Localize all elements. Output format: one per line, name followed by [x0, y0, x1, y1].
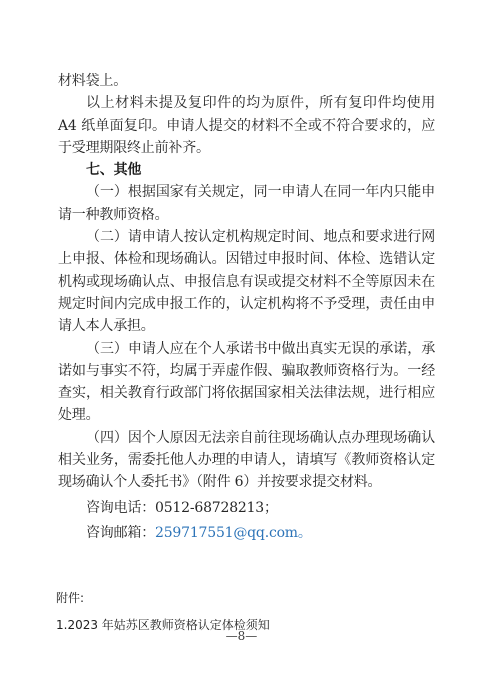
document-body: 材料袋上。 以上材料未提及复印件的均为原件，所有复印件均使用 A4 纸单面复印。…: [58, 70, 435, 633]
contact-phone-line: 咨询电话：0512-68728213；: [58, 497, 435, 519]
contact-email-line: 咨询邮箱：259717551@qq.com。: [58, 522, 435, 544]
paragraph-item-1: （一）根据国家有关规定，同一申请人在同一年内只能申请一种教师资格。: [58, 181, 435, 226]
section-heading-others: 七、其他: [58, 159, 435, 181]
paragraph-item-4: （四）因个人原因无法亲自前往现场确认点办理现场确认相关业务，需委托他人办理的申请…: [58, 427, 435, 494]
attachments-heading: 附件:: [56, 590, 435, 606]
contact-email-label: 咨询邮箱：: [86, 525, 155, 541]
paragraph-item-3: （三）申请人应在个人承诺书中做出真实无误的承诺，承诺如与事实不符，均属于弄虚作假…: [58, 338, 435, 427]
contact-phone-value: 0512-68728213；: [155, 500, 278, 516]
paragraph-copies-note: 以上材料未提及复印件的均为原件，所有复印件均使用 A4 纸单面复印。申请人提交的…: [58, 92, 435, 159]
document-page: 材料袋上。 以上材料未提及复印件的均为原件，所有复印件均使用 A4 纸单面复印。…: [0, 0, 491, 694]
attachments-section: 附件: 1.2023 年姑苏区教师资格认定体检须知: [56, 590, 435, 633]
contact-phone-label: 咨询电话：: [86, 500, 155, 516]
email-link[interactable]: 259717551@qq.com。: [155, 525, 312, 541]
paragraph-item-2: （二）请申请人按认定机构规定时间、地点和要求进行网上申报、体检和现场确认。因错过…: [58, 226, 435, 337]
paragraph-continuation: 材料袋上。: [58, 70, 435, 92]
page-number: —8—: [0, 629, 487, 643]
